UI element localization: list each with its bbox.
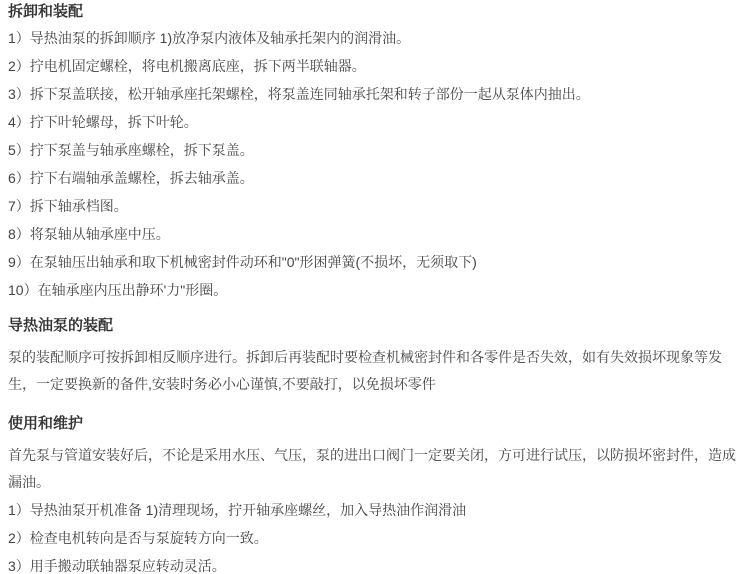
usage-list-item-1: 1）导热油泵开机准备 1)清理现场，拧开轴承座螺丝，加入导热油作润滑油 [8,496,742,524]
list-item-8: 8）将泵轴从轴承座中压。 [8,220,742,248]
list-item-9: 9）在泵轴压出轴承和取下机械密封件动环和"0"形困弹簧(不损坏，无须取下) [8,248,742,276]
list-item-6: 6）拧下右端轴承盖螺栓，拆去轴承盖。 [8,164,742,192]
section-usage-and-maintenance: 使用和维护 首先泵与管道安装好后，不论是采用水压、气压，泵的进出口阀门一定要关闭… [8,414,742,574]
list-item-7: 7）拆下轴承档图。 [8,192,742,220]
usage-list-item-2: 2）检查电机转向是否与泵旋转方向一致。 [8,524,742,552]
section-heading-usage: 使用和维护 [8,414,742,434]
usage-paragraph: 首先泵与管道安装好后，不论是采用水压、气压，泵的进出口阀门一定要关闭，方可进行试… [8,442,742,496]
list-item-1: 1）导热油泵的拆卸顺序 1)放净泵内液体及轴承托架内的润滑油。 [8,24,742,52]
section-heading-assembly: 导热油泵的装配 [8,316,742,336]
section-disassembly-and-assembly: 拆卸和装配 1）导热油泵的拆卸顺序 1)放净泵内液体及轴承托架内的润滑油。 2）… [8,2,742,304]
section-heading-disassembly: 拆卸和装配 [8,2,742,22]
document-body: 拆卸和装配 1）导热油泵的拆卸顺序 1)放净泵内液体及轴承托架内的润滑油。 2）… [0,0,750,574]
list-item-4: 4）拧下叶轮螺母，拆下叶轮。 [8,108,742,136]
assembly-paragraph: 泵的装配顺序可按拆卸相反顺序进行。拆卸后再装配时要检查机械密封件和各零件是否失效… [8,344,742,398]
list-item-5: 5）拧下泵盖与轴承座螺栓，拆下泵盖。 [8,136,742,164]
list-item-3: 3）拆下泵盖联接，松开轴承座托架螺栓，将泵盖连同轴承托架和转子部份一起从泵体内抽… [8,80,742,108]
section-pump-assembly: 导热油泵的装配 泵的装配顺序可按拆卸相反顺序进行。拆卸后再装配时要检查机械密封件… [8,316,742,398]
list-item-10: 10）在轴承座内压出静环'力"形圈。 [8,276,742,304]
list-item-2: 2）拧电机固定螺栓，将电机搬离底座，拆下两半联轴器。 [8,52,742,80]
usage-list-item-3: 3）用手搬动联轴器泵应转动灵活。 [8,552,742,574]
